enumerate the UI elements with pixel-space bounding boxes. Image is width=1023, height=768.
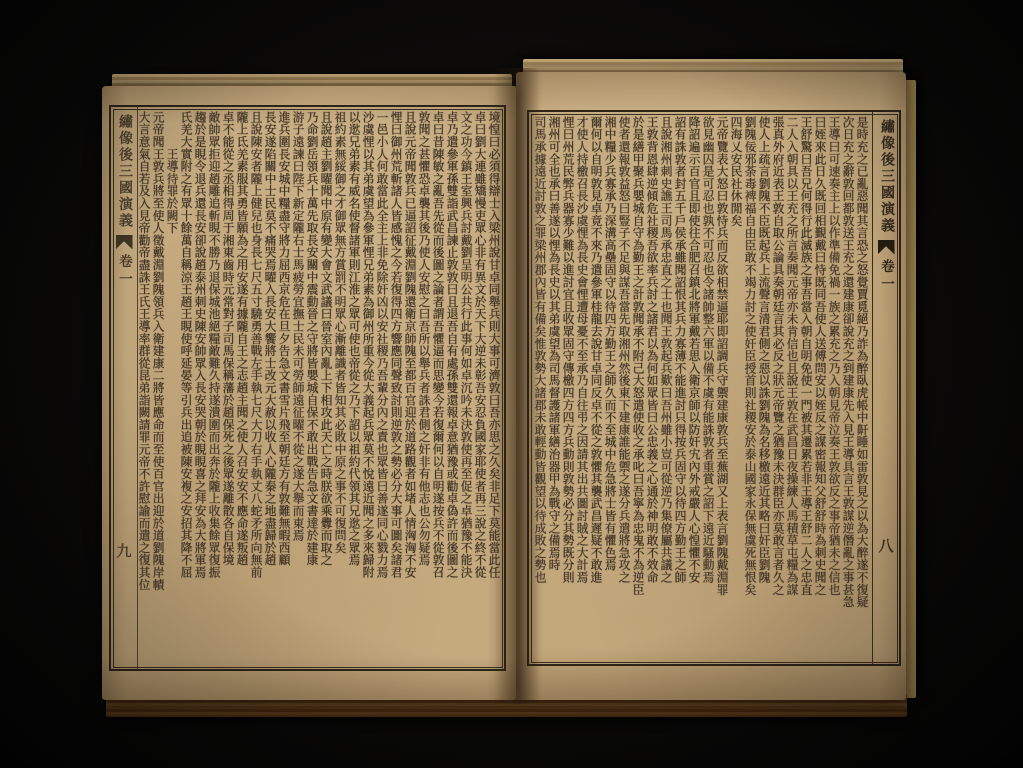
volume-label: 卷一 [876, 259, 896, 294]
banxin-title: 繡像後三國演義 [114, 114, 134, 230]
text-column: 氏羌大實附之有眾十餘萬自稱涼王趙王睍使呼延晏等引兵出追被陳安複之安招其降不屈 [179, 111, 193, 665]
text-column: 祖約素無綏御之才御眾無方賞罰不明眾心漸離識者皆知其必敗中原之事不可復問矣 [333, 111, 347, 665]
text-column: 隴上氐羌素服其勇皆願為之用安遂有據隴自王之志趙主聞之使人召安安不應命遂叛趙 [235, 111, 249, 665]
left-page-frame: 繡像後三國演義 卷一 九 境惶曰必須得辯士入梁州說甘卓同舉兵則大事可濟敦曰吾亦思… [109, 105, 506, 671]
text-column: 使人上疏言劉隗不臣既起兵上流聲言清君側之惡以誅劉隗為名移檄遠近其略曰奸臣劉隗 [757, 116, 771, 660]
text-column: 王導曰可速奏主上以作準備免禍一族之累充之乃入朝見帝泣奏王敦欲反之事帝猶未之信也 [827, 116, 841, 660]
text-column: 進兵圍長安城中糧盡守將力屈西京危在旦夕告急文書雪片飛至朝廷方有敦難無暇西顧 [277, 111, 291, 665]
text-column: 敦聞之甚懼恐卓襲其後乃使人安慰之曰吾所以舉兵者誅君側之奸非有他志也公勿疑焉 [417, 111, 431, 665]
folio-number: 九 [116, 540, 131, 561]
text-column: 敵帥眾拒迎趙雕追斬睍不勝乃退保城池絕糧敵難久持遂潰圍而出奔於隴上收集餘眾復振 [207, 111, 221, 665]
text-column: 沙虞悝以其弟虞望為參軍悝兄弟素為御州所重今從大義起兵眾莫不悅遠近聞之多來歸附 [361, 111, 375, 665]
text-column: 爾何以自明敦見卓竟不來乃遣參軍桂龍去說甘卓同反卓不從之敦懼其襲武昌遲疑不敢進 [589, 116, 603, 660]
text-column: 降詔遍示百官且即使往合肥召鎮北將軍戴若思入衛京師以防奸宄內外戒嚴人心惶懼不安 [687, 116, 701, 660]
text-column: 且說趙主劉曜聞中原有變大會文武議曰晉室內亂上下相攻此天亡之時朕欲乘釁而取之 [319, 111, 333, 665]
text-column: 大言意氣自若及入見帝勸帝盡誅王氏王導率群從昆弟詣闕請罪元帝不許慰諭而遣之復其位 [138, 111, 151, 665]
text-column: 王導待罪於闕下 [165, 111, 179, 665]
text-column: 游子遠諫曰陛下新定隴右士馬疲勞宜撫士民未可勞師遠征曜不從之遂大舉而東焉 [291, 111, 305, 665]
text-column: 悝曰州荒民弊兵器寡少難以進討宜且收眾固守傳檄四方四方兵動則敦勢必分其勢既分則 [561, 116, 575, 660]
fishtail-mark-icon [878, 240, 895, 255]
text-column: 王舒驚曰吾兄何得行此滅族之事吾當入朝自明免使一門被其遷累若非王導王舒二人之忠直 [799, 116, 813, 660]
text-column: 元帝聞王敦兵將至使人徵戴淵劉隗領兵入衛建康二將皆應命而至使百官出迎於道劉隗岸幘 [151, 111, 165, 665]
text-column: 王敦背恩肆逆傾危社稷吾欲率兵討之諸君以為何如眾皆曰公忠義之心通於神明敢不效命 [645, 116, 659, 660]
text-column: 悝曰御州荒斬諸人皆感愧之今若復得四方響應同聲致討則逆敦之勢必分大事可圖矣諸君 [389, 111, 403, 665]
text-column: 劉隗佞邪荼毒裨福自由臣敢不竭力討之使奸臣授首則社稷安於泰山國家永保無虞死無恨矣 [743, 116, 757, 660]
text-column: 四海乂安民社休閒矣 [729, 116, 743, 660]
text-column: 二人入朝具以王充之所言奏聞元帝亦未肯信也且說王敦在武昌日夜操練人馬積草屯糧為謀 [785, 116, 799, 660]
text-column: 卓曰劉大連雖矯慢吏眾心非有異文於天下大逆未彰吾安忍負國家耶使者再三說之終不從 [473, 111, 487, 665]
text-column: 欲見幽囚是可忍也孰不可忍也令諸帥整六軍以備不虞有能誅敦者重賞之詔下遠近騷動焉 [701, 116, 715, 660]
text-column: 長安遂陷關中士民莫不痛哭焉曜入長安大饗將士改元大赦以收人心隴秦之地盡歸於趙 [263, 111, 277, 665]
text-column: 才使人持檄召長沙虞悝為長史會悝遭母憂不至承乃自往弔之因請其出共圖討賊之大計焉 [575, 116, 589, 660]
text-column: 元帝覽表大怒曰敦恃兵而反欲相禁逼耶即詔調兵守禦建康敦兵至蕪湖又上表言劉隗戴淵罪 [715, 116, 729, 660]
text-column: 於是繕甲聚兵嬰城自守為勤王之計敦聞承不附己大怒遣使收之承叱曰吾寧為忠鬼不為逆臣 [631, 116, 645, 660]
text-column: 張真外府近表王敦自取公論具奏朝廷言其必反之狀元帝覽之猶豫未決群臣亦莫敢言者久之 [771, 116, 785, 660]
folio-number: 八 [878, 535, 893, 556]
right-page-text: 是時充之已亂惡聞其言恐之怒覺賈覓絕乃詐為醉臥虎帳中鼾睡如雷敦見之以為大醉遂不復疑… [529, 112, 872, 664]
text-column: 乃命劉岳領兵十萬先取長安關中震動晉之守將皆嬰城自保不敢出戰告急文書達於建康 [305, 111, 319, 665]
text-column: 湘州可全也承曰善遂以悝為長史以其弟虞望為司馬督護諸軍繕治器甲為戰守之備焉時 [547, 116, 561, 660]
fishtail-mark-icon [116, 235, 133, 250]
book-photo: 是時充之已亂惡聞其言恐之怒覺賈覓絕乃詐為醉臥虎帳中鼾睡如雷敦見之以為大醉遂不復疑… [0, 0, 1023, 768]
text-column: 使者還報敦益怒曰豎子不足與謀吾當先取湘州然後東下建康誰能禦之遂分兵遣將急攻之 [617, 116, 631, 660]
text-column: 次日充之辭敦回都敦送王充之還建康卻說充之到建康先入見王導具言王敦謀逆僭亂之事甚急 [841, 116, 855, 660]
text-column: 以逖兄弟素有威名使督諸軍則江淮之眾可使也帝從之乃下詔以祖約代領其兄逖之眾焉 [347, 111, 361, 665]
volume-label: 卷一 [114, 254, 134, 289]
text-column: 湘中糧少兵寡承乃深溝高壘固守以待四方勤王之師久而不至城中危急將士皆有懼色焉 [603, 116, 617, 660]
text-column: 且說元帝聞敦兵已逼詔征戴淵劉隗還衛京師隗至都百官迎於道路觀者如堵人情洶洶不安 [403, 111, 417, 665]
right-page-frame: 是時充之已亂惡聞其言恐之怒覺賈覓絕乃詐為醉臥虎帳中鼾睡如雷敦見之以為大醉遂不復疑… [527, 110, 901, 666]
left-page: 繡像後三國演義 卷一 九 境惶曰必須得辯士入梁州說甘卓同舉兵則大事可濟敦曰吾亦思… [102, 86, 516, 700]
text-column: 境惶曰必須得辯士入梁州說甘卓同舉兵則大事可濟敦曰吾亦思之久矣非足下莫能當此任 [487, 111, 501, 665]
text-column: 曰姪來此日久既回相覲戴曰恃既同吾使人送傅問安以姪反之謀密報知父舒舒時為刺史聞之 [813, 116, 827, 660]
left-banxin-strip: 繡像後三國演義 卷一 九 [111, 107, 138, 669]
right-page: 是時充之已亂惡聞其言恐之怒覺賈覓絕乃詐為醉臥虎帳中鼾睡如雷敦見之以為大醉遂不復疑… [516, 72, 906, 700]
banxin-title: 繡像後三國演義 [876, 119, 896, 235]
text-column: 文之功今鎮王室興兵討戴劉呈明公共行此事何如卓沉吟未決敦使再至促之卓猶豫不能決 [459, 111, 473, 665]
text-column: 且說陳安者隴上健兒也身長七尺五寸驍勇善戰左手執七尺大刀右手執丈八蛇矛所向無前 [249, 111, 263, 665]
left-page-text: 境惶曰必須得辯士入梁州說甘卓同舉兵則大事可濟敦曰吾亦思之久矣非足下莫能當此任卓曰… [138, 107, 504, 669]
text-column: 司馬承據遠近討敦之罪梁州郡內皆有備矣惟敦勢大諸郡未敢輕動皆觀望以待成敗之勢也 [533, 116, 547, 660]
text-column: 卓不能從之丞相得周于湘東齒時元常對子司馬保稱藩於趙保死之後眾遂離散各自保境 [221, 111, 235, 665]
text-column: 卓乃遣參軍孫雙詣武昌諫止敦敦曰且退吾自有處孫雙還報卓意猶豫或勸卓偽許而後圖之 [445, 111, 459, 665]
text-column: 一邑小人何敢當此全主上非免除奸凶以安社稷乃吾輩分內之責也眾皆曰善遂同心戮力焉 [375, 111, 389, 665]
text-column: 趨於是睍令退兵還長安卻說趙泰州刺史陳安帥眾入長安哭朝於睍睍喜之拜安為大將軍焉 [193, 111, 207, 665]
text-column: 詔有誅敦者封五千戶侯承雖聞詔恨其兵力寡薄不能進討只得按兵固守以待四方勤王之師 [673, 116, 687, 660]
text-column: 卓曰昔陳敏之亂吾先從而後圖之論者謂吾懼逼而思變今若復爾何以自明遂按兵不從敦召 [431, 111, 445, 665]
text-column: 是時充之已亂惡聞其言恐之怒覺賈覓絕乃詐為醉臥虎帳中鼾睡如雷敦見之以為大醉遂不復疑 [855, 116, 869, 660]
text-column: 且說湘州刺史譙王司馬承忠直之士也聞王敦起兵歎曰吾州雖小豈可從逆乃集僚屬共議之 [659, 116, 673, 660]
right-banxin-strip: 繡像後三國演義 卷一 八 [872, 112, 899, 664]
